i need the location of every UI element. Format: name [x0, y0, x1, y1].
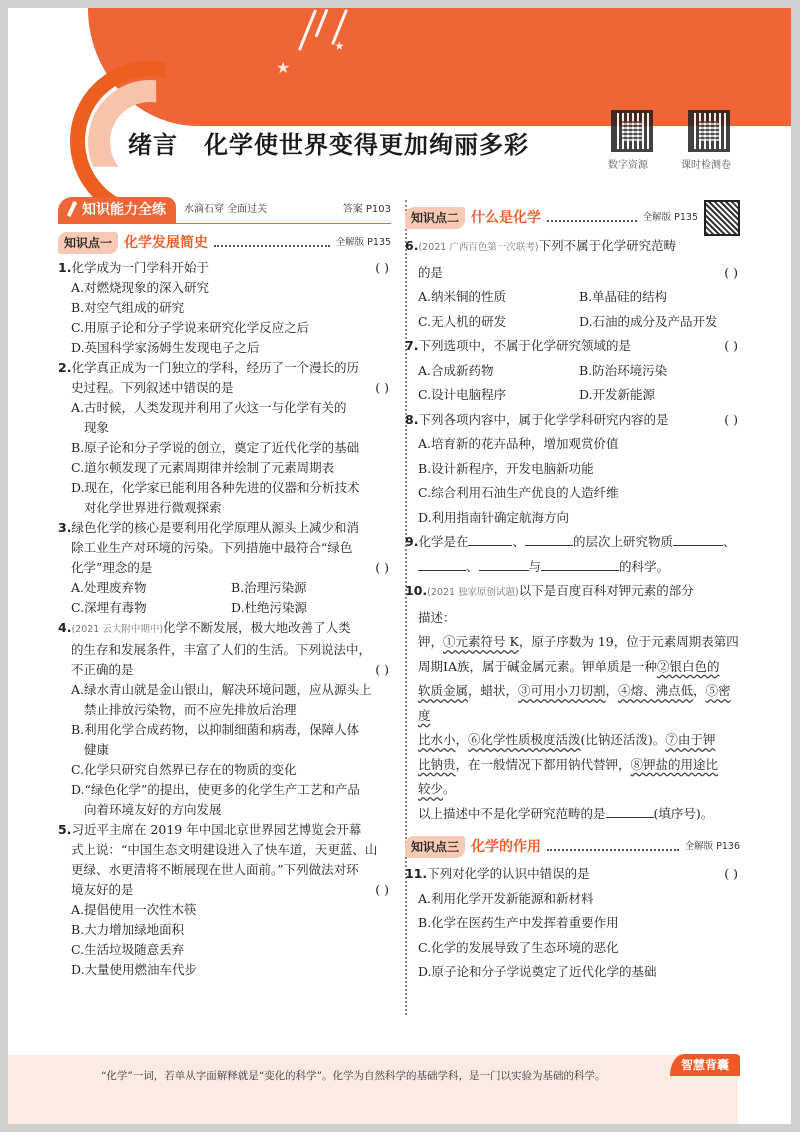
page: ★ ★ 绪言化学使世界变得更加绚丽多彩 数字资源 课时检测卷 知识能力全练 水滴… [8, 8, 791, 1124]
section-ref: 全解版 P135 [643, 208, 698, 228]
stem-text: 习近平主席在 2019 年中国北京世界园艺博览会开幕 [71, 822, 361, 837]
stem-text: 化学”理念的是 [71, 560, 152, 575]
option-b[interactable]: B.原子论和分子学说的创立，奠定了近代化学的基础 [71, 438, 391, 458]
question-stem: 4.(2021 云大附中期中)化学不断发展，极大地改善了人类 [58, 618, 391, 640]
answer-bracket[interactable]: ( ) [375, 880, 389, 900]
passage-text: ， [693, 683, 706, 698]
stem-text: 化学真正成为一门独立的学科，经历了一个漫长的历 [71, 360, 359, 375]
option-a[interactable]: A.处理废弃物 [71, 578, 231, 598]
passage-text: ，原子序数为 19，位于元素周期表第四 [519, 634, 739, 649]
section-title: 化学发展简史 [124, 233, 208, 253]
stem-text: 的层次上研究物质 [573, 534, 673, 549]
answer-bracket[interactable]: ( ) [724, 408, 738, 433]
stem-text: 式上说：“中国生态文明建设进入了快车道，天更蓝、山 [58, 840, 391, 860]
question-number: 11. [405, 866, 427, 881]
option-d[interactable]: D.开发新能源 [579, 383, 740, 408]
fill-blank[interactable] [673, 532, 723, 546]
question-stem: 8.下列各项内容中，属于化学学科研究内容的是( ) [405, 408, 740, 433]
answer-bracket[interactable]: ( ) [724, 334, 738, 359]
option-b[interactable]: B.化学在医药生产中发挥着重要作用 [418, 911, 740, 936]
question-stem: 1.化学成为一门学科开始于( ) [58, 258, 391, 278]
passage-line: 比水小，⑥化学性质极度活泼(比钠还活泼)。⑦由于钾 [418, 728, 740, 753]
banner-label: 知识能力全练 [82, 200, 166, 220]
left-column: 知识能力全练 水滴石穿 全面过关 答案 P103 知识点一 化学发展简史 全解版… [58, 194, 391, 980]
stem-text: 、 [466, 559, 479, 574]
option-a[interactable]: A.纳米铜的性质 [418, 285, 579, 310]
question-number: 3. [58, 520, 71, 535]
option-row: C.设计电脑程序 D.开发新能源 [418, 383, 740, 408]
underlined-statement: ③可用小刀切割 [518, 683, 606, 698]
stem-text: 的生存和发展条件，丰富了人们的生活。下列说法中， [58, 640, 391, 660]
option-a-cont: 禁止排放污染物，而不应先排放后治理 [71, 700, 391, 720]
option-b-cont: 健康 [71, 740, 391, 760]
option-d[interactable]: D.原子论和分子学说奠定了近代化学的基础 [418, 960, 740, 985]
option-b[interactable]: B.设计新程序，开发电脑新功能 [418, 457, 740, 482]
answer-bracket[interactable]: ( ) [375, 378, 389, 398]
section-title: 什么是化学 [471, 208, 541, 228]
section-header: 知识点一 化学发展简史 全解版 P135 [58, 230, 391, 256]
stem-text: 除工业生产对环境的污染。下列措施中最符合“绿色 [58, 538, 391, 558]
passage: 钾，①元素符号 K，原子序数为 19，位于元素周期表第四 周期ⅠA族，属于碱金属… [405, 630, 740, 826]
question-stem: 化学”理念的是( ) [58, 558, 391, 578]
options: A.提倡使用一次性木筷 B.大力增加绿地面积 C.生活垃圾随意丢弃 D.大量使用… [58, 900, 391, 980]
qr-label: 课时检测卷 [681, 156, 731, 171]
stem-text: 描述： [405, 606, 740, 631]
question-number: 7. [405, 338, 418, 353]
question-number: 9. [405, 534, 418, 549]
underlined-statement: 比钠贵 [418, 757, 456, 772]
option-d[interactable]: D.英国科学家汤姆生发现电子之后 [71, 338, 391, 358]
question-ask: 以上描述中不是化学研究范畴的是(填序号)。 [418, 802, 740, 827]
qr-label: 数字资源 [608, 156, 648, 171]
question-1: 1.化学成为一门学科开始于( ) A.对燃烧现象的深入研究 B.对空气组成的研究… [58, 258, 391, 358]
fill-blank[interactable] [479, 557, 529, 571]
stem-text: 、 [512, 534, 525, 549]
fill-blank[interactable] [525, 532, 573, 546]
banner-pill: 知识能力全练 [58, 197, 176, 223]
option-b[interactable]: B.对空气组成的研究 [71, 298, 391, 318]
option-a[interactable]: A.培育新的花卉品种，增加观赏价值 [418, 432, 740, 457]
options: A.合成新药物 B.防治环境污染 C.设计电脑程序 D.开发新能源 [405, 359, 740, 408]
option-b[interactable]: B.利用化学合成药物，以抑制细菌和病毒，保障人体 [71, 720, 391, 740]
underlined-statement: ⑥化学性质极度活泼 [468, 732, 581, 747]
section-tag: 知识点二 [405, 207, 465, 229]
option-d-cont: 对化学世界进行微观探索 [71, 498, 391, 518]
passage-line: 软质金属，蜡状，③可用小刀切割，④熔、沸点低，⑤密度 [418, 679, 740, 728]
question-stem: 境友好的是( ) [58, 880, 391, 900]
underlined-statement: ⑧钾盐的用途比 [631, 757, 719, 772]
question-2: 2.化学真正成为一门独立的学科，经历了一个漫长的历 史过程。下列叙述中错误的是(… [58, 358, 391, 518]
underlined-statement: ②银白色的 [657, 659, 720, 674]
option-a[interactable]: A.古时候，人类发现并利用了火这一与化学有关的 [71, 398, 391, 418]
right-column: 知识点二 什么是化学 全解版 P135 6.(2021 广西百色第一次联考)下列… [405, 194, 740, 985]
question-stem: 7.下列选项中，不属于化学研究领域的是( ) [405, 334, 740, 359]
option-row: C.深埋有毒物 D.杜绝污染源 [71, 598, 391, 618]
stem-text: 下列各项内容中，属于化学学科研究内容的是 [418, 412, 668, 427]
leader-dots [547, 849, 679, 851]
answer-bracket[interactable]: ( ) [375, 558, 389, 578]
stem-text: 化学成为一门学科开始于 [71, 260, 209, 275]
question-4: 4.(2021 云大附中期中)化学不断发展，极大地改善了人类 的生存和发展条件，… [58, 618, 391, 820]
question-stem: 、与的科学。 [405, 555, 740, 580]
answer-ref: 答案 P103 [343, 200, 391, 223]
section-title: 化学的作用 [471, 837, 541, 857]
underlined-statement: 较少 [418, 781, 443, 796]
answer-bracket[interactable]: ( ) [375, 258, 389, 278]
option-c[interactable]: C.生活垃圾随意丢弃 [71, 940, 391, 960]
star-icon: ★ [334, 40, 345, 52]
option-a[interactable]: A.绿水青山就是金山银山，解决环境问题，应从源头上 [71, 680, 391, 700]
chapter-title: 化学使世界变得更加绚丽多彩 [204, 131, 529, 159]
options: A.绿水青山就是金山银山，解决环境问题，应从源头上 禁止排放污染物，而不应先排放… [58, 680, 391, 820]
question-source: (2021 云大附中期中) [71, 624, 163, 635]
option-d[interactable]: D.大量使用燃油车代步 [71, 960, 391, 980]
stem-text: 以上描述中不是化学研究范畴的是 [418, 806, 606, 821]
question-stem: 史过程。下列叙述中错误的是( ) [58, 378, 391, 398]
question-source: (2021 独家原创试题) [427, 587, 519, 598]
question-8: 8.下列各项内容中，属于化学学科研究内容的是( ) A.培育新的花卉品种，增加观… [405, 408, 740, 531]
options: A.纳米铜的性质 B.单晶硅的结构 C.无人机的研发 D.石油的成分及产品开发 [405, 285, 740, 334]
section-header: 知识点三 化学的作用 全解版 P136 [405, 834, 740, 860]
streak-line [314, 9, 328, 38]
underlined-statement: 软质金属 [418, 683, 468, 698]
question-5: 5.习近平主席在 2019 年中国北京世界园艺博览会开幕 式上说：“中国生态文明… [58, 820, 391, 980]
option-a[interactable]: A.提倡使用一次性木筷 [71, 900, 391, 920]
options: A.利用化学开发新能源和新材料 B.化学在医药生产中发挥着重要作用 C.化学的发… [405, 887, 740, 985]
option-row: A.合成新药物 B.防治环境污染 [418, 359, 740, 384]
option-c[interactable]: C.用原子论和分子学说来研究化学反应之后 [71, 318, 391, 338]
option-row: C.无人机的研发 D.石油的成分及产品开发 [418, 310, 740, 335]
option-c[interactable]: C.设计电脑程序 [418, 383, 579, 408]
question-number: 6. [405, 238, 418, 253]
option-b[interactable]: B.单晶硅的结构 [579, 285, 740, 310]
star-icon: ★ [276, 60, 290, 76]
fill-blank[interactable] [541, 557, 619, 571]
option-a-cont: 现象 [71, 418, 391, 438]
stem-text: 与 [529, 559, 542, 574]
banner-subtitle: 水滴石穿 全面过关 [184, 200, 267, 223]
question-number: 10. [405, 583, 427, 598]
option-c[interactable]: C.道尔顿发现了元素周期律并绘制了元素周期表 [71, 458, 391, 478]
stem-text: 的是 [418, 265, 443, 280]
option-a[interactable]: A.利用化学开发新能源和新材料 [418, 887, 740, 912]
option-c[interactable]: C.深埋有毒物 [71, 598, 231, 618]
answer-bracket[interactable]: ( ) [375, 660, 389, 680]
passage-line: 钾，①元素符号 K，原子序数为 19，位于元素周期表第四 [418, 630, 740, 655]
option-b[interactable]: B.大力增加绿地面积 [71, 920, 391, 940]
question-number: 5. [58, 822, 71, 837]
option-d[interactable]: D.“绿色化学”的提出，使更多的化学生产工艺和产品 [71, 780, 391, 800]
passage-text: (比钠还活泼)。 [581, 732, 666, 747]
fill-blank[interactable] [418, 557, 466, 571]
option-c[interactable]: C.无人机的研发 [418, 310, 579, 335]
stem-text: 化学不断发展，极大地改善了人类 [163, 620, 351, 635]
question-number: 2. [58, 360, 71, 375]
passage-line: 较少。 [418, 777, 740, 802]
pencil-icon [64, 201, 78, 219]
options: A.处理废弃物 B.治理污染源 C.深埋有毒物 D.杜绝污染源 [58, 578, 391, 618]
question-source: (2021 广西百色第一次联考) [418, 242, 538, 253]
question-stem: 5.习近平主席在 2019 年中国北京世界园艺博览会开幕 [58, 820, 391, 840]
stem-text: 下列选项中，不属于化学研究领域的是 [418, 338, 631, 353]
question-stem: 不正确的是( ) [58, 660, 391, 680]
option-d[interactable]: D.现在，化学家已能利用各种先进的仪器和分析技术 [71, 478, 391, 498]
streak-line [298, 9, 317, 51]
passage-text: 周期ⅠA族，属于碱金属元素。钾单质是一种 [418, 659, 657, 674]
stem-text: 的科学。 [619, 559, 669, 574]
option-b[interactable]: B.防治环境污染 [579, 359, 740, 384]
header-band: ★ ★ [88, 8, 791, 126]
option-b[interactable]: B.治理污染源 [231, 578, 391, 598]
stem-text: 境友好的是 [71, 882, 134, 897]
question-stem: 2.化学真正成为一门独立的学科，经历了一个漫长的历 [58, 358, 391, 378]
stem-text: 下列不属于化学研究范畴 [539, 238, 677, 253]
question-stem: 10.(2021 独家原创试题)以下是百度百科对钾元素的部分 [405, 579, 740, 606]
passage-text: ， [456, 732, 469, 747]
question-10: 10.(2021 独家原创试题)以下是百度百科对钾元素的部分 描述： 钾，①元素… [405, 579, 740, 826]
question-3: 3.绿色化学的核心是要利用化学原理从源头上减少和消 除工业生产对环境的污染。下列… [58, 518, 391, 618]
option-d[interactable]: D.石油的成分及产品开发 [579, 310, 740, 335]
option-d-cont: 向着环境友好的方向发展 [71, 800, 391, 820]
footer-text: “化学”一词，若单从字面解释就是“变化的科学”。化学为自然科学的基础学科，是一门… [101, 1068, 605, 1083]
stem-text: 化学是在 [418, 534, 468, 549]
footer-tag: 智慧背囊 [670, 1054, 740, 1076]
option-d[interactable]: D.利用指南针确定航海方向 [418, 506, 740, 531]
question-9: 9.化学是在、的层次上研究物质、 、与的科学。 [405, 530, 740, 579]
question-stem: 的是( ) [405, 261, 740, 286]
leader-dots [214, 245, 330, 247]
option-a[interactable]: A.合成新药物 [418, 359, 579, 384]
option-c[interactable]: C.化学只研究自然界已存在的物质的变化 [71, 760, 391, 780]
qr-code-icon[interactable] [704, 200, 740, 236]
stem-text: 更绿、水更清将不断展现在世人面前。”下列做法对环 [58, 860, 391, 880]
question-stem: 9.化学是在、的层次上研究物质、 [405, 530, 740, 555]
question-number: 8. [405, 412, 418, 427]
qr-code-icon[interactable] [688, 110, 730, 152]
options: A.对燃烧现象的深入研究 B.对空气组成的研究 C.用原子论和分子学说来研究化学… [58, 278, 391, 358]
question-stem: 3.绿色化学的核心是要利用化学原理从源头上减少和消 [58, 518, 391, 538]
passage-text: 。 [443, 781, 456, 796]
wisdom-footer [8, 1055, 738, 1124]
question-number: 4. [58, 620, 71, 635]
practice-banner: 知识能力全练 水滴石穿 全面过关 答案 P103 [58, 194, 391, 224]
question-6: 6.(2021 广西百色第一次联考)下列不属于化学研究范畴 的是( ) A.纳米… [405, 234, 740, 334]
fill-blank[interactable] [606, 804, 654, 818]
section-header: 知识点二 什么是化学 全解版 P135 [405, 204, 740, 232]
options: A.古时候，人类发现并利用了火这一与化学有关的 现象 B.原子论和分子学说的创立… [58, 398, 391, 518]
passage-text: ，蜡状， [468, 683, 518, 698]
stem-text: 以下是百度百科对钾元素的部分 [519, 583, 694, 598]
chapter-label: 绪言 [128, 131, 178, 159]
passage-text: ， [606, 683, 619, 698]
underlined-statement: 比水小 [418, 732, 456, 747]
option-row: A.处理废弃物 B.治理污染源 [71, 578, 391, 598]
question-7: 7.下列选项中，不属于化学研究领域的是( ) A.合成新药物 B.防治环境污染 … [405, 334, 740, 408]
underlined-statement: ①元素符号 K [443, 634, 519, 649]
stem-text: 下列对化学的认识中错误的是 [427, 866, 590, 881]
stem-text: (填序号)。 [654, 806, 714, 821]
stem-text: 绿色化学的核心是要利用化学原理从源头上减少和消 [71, 520, 359, 535]
option-d[interactable]: D.杜绝污染源 [231, 598, 391, 618]
option-c[interactable]: C.化学的发展导致了生态环境的恶化 [418, 936, 740, 961]
section-tag: 知识点一 [58, 232, 118, 254]
leader-dots [547, 220, 637, 222]
passage-text: 钾， [418, 634, 443, 649]
passage-text: ，在一般情况下都用钠代替钾， [456, 757, 631, 772]
stem-text: 、 [723, 534, 736, 549]
underlined-statement: ⑦由于钾 [665, 732, 715, 747]
question-stem: 11.下列对化学的认识中错误的是( ) [405, 862, 740, 887]
section-ref: 全解版 P135 [336, 233, 391, 253]
stem-text: 不正确的是 [71, 662, 134, 677]
stem-text: 史过程。下列叙述中错误的是 [71, 380, 234, 395]
passage-line: 周期ⅠA族，属于碱金属元素。钾单质是一种②银白色的 [418, 655, 740, 680]
passage-line: 比钠贵，在一般情况下都用钠代替钾，⑧钾盐的用途比 [418, 753, 740, 778]
answer-bracket[interactable]: ( ) [724, 862, 738, 887]
question-11: 11.下列对化学的认识中错误的是( ) A.利用化学开发新能源和新材料 B.化学… [405, 862, 740, 985]
option-a[interactable]: A.对燃烧现象的深入研究 [71, 278, 391, 298]
qr-code-icon[interactable] [611, 110, 653, 152]
underlined-statement: ④熔、沸点低 [618, 683, 693, 698]
options: A.培育新的花卉品种，增加观赏价值 B.设计新程序，开发电脑新功能 C.综合利用… [405, 432, 740, 530]
page-title: 绪言化学使世界变得更加绚丽多彩 [128, 125, 529, 160]
section-ref: 全解版 P136 [685, 837, 740, 857]
option-c[interactable]: C.综合利用石油生产优良的人造纤维 [418, 481, 740, 506]
question-number: 1. [58, 260, 71, 275]
section-tag: 知识点三 [405, 836, 465, 858]
fill-blank[interactable] [468, 532, 512, 546]
answer-bracket[interactable]: ( ) [724, 261, 738, 286]
option-row: A.纳米铜的性质 B.单晶硅的结构 [418, 285, 740, 310]
question-stem: 6.(2021 广西百色第一次联考)下列不属于化学研究范畴 [405, 234, 740, 261]
